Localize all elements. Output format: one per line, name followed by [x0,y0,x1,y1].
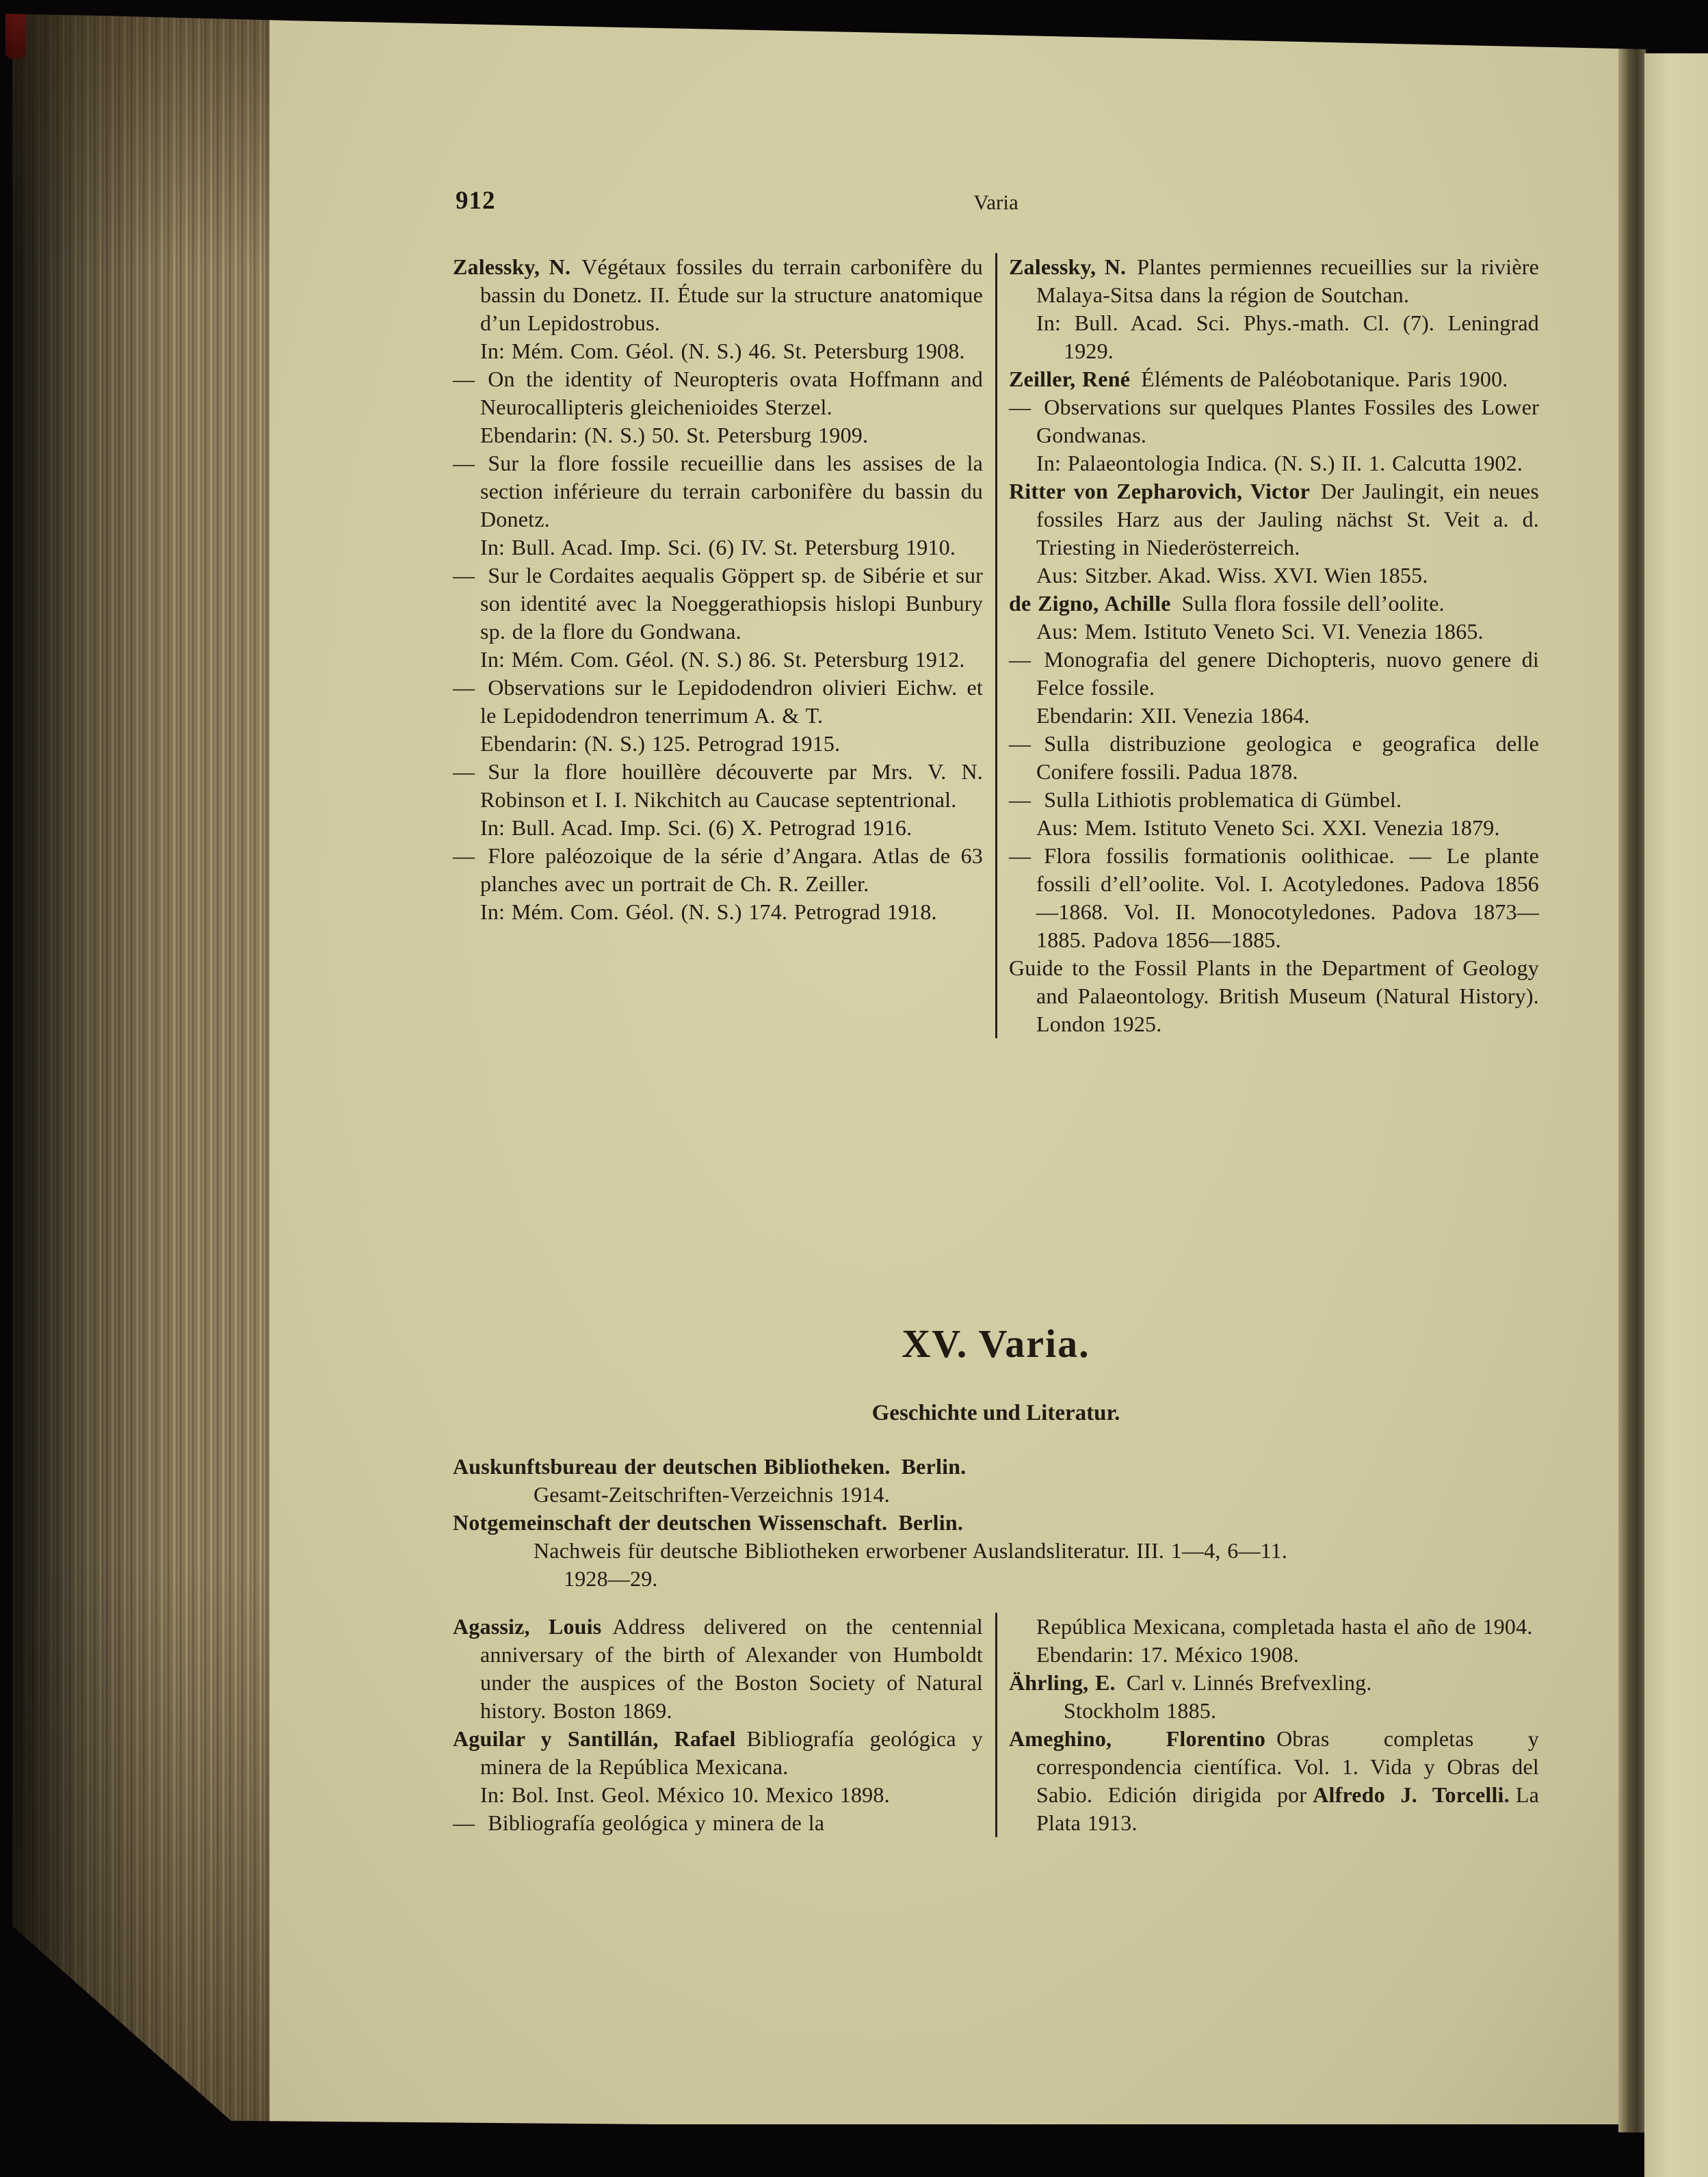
entry-title: Sulla flora fossile dell’oolite. [1182,591,1445,616]
bibliography-columns-bottom: Agassiz, LouisAddress delivered on the c… [453,1613,1539,1837]
page-stack-edge [12,14,280,2160]
bibliography-entry: —Sulla Lithiotis problematica di Gümbel.… [1009,786,1539,842]
column-left: Agassiz, LouisAddress delivered on the c… [453,1613,983,1837]
entry-ref: 1928—29. [564,1565,1547,1593]
scanned-book-photo: 912 Varia Zalessky, N.Végétaux fossiles … [0,0,1708,2177]
entry-title: Sulla distribuzione geologica e geografi… [1036,731,1539,784]
bibliography-entry: —Flora fossilis formationis oolithicae. … [1009,842,1539,954]
entry-ref: In: Bull. Acad. Imp. Sci. (6) IV. St. Pe… [480,533,983,562]
bibliography-entry: Zalessky, N.Végétaux fossiles du terrain… [453,253,983,365]
same-author-dash: — [1009,647,1031,672]
same-author-dash: — [453,843,475,868]
same-author-dash: — [453,451,475,475]
entry-author: Notgemeinschaft der deutschen Wissenscha… [453,1510,887,1535]
entry-ref: In: Mém. Com. Géol. (N. S.) 46. St. Pete… [480,337,983,365]
same-author-dash: — [453,367,475,391]
bibliography-entry: Ritter von Zepharovich, VictorDer Jaulin… [1009,477,1539,590]
entry-place: Berlin. [902,1454,967,1479]
bibliography-entry: Auskunftsbureau der deutschen Bibliothek… [453,1453,1547,1509]
entry-ref: Aus: Mem. Istituto Veneto Sci. XXI. Vene… [1036,814,1539,842]
same-author-dash: — [1009,843,1031,868]
entry-ref: Aus: Mem. Istituto Veneto Sci. VI. Venez… [1036,618,1539,646]
entry-ref: Ebendarin: (N. S.) 50. St. Petersburg 19… [480,421,983,449]
entry-ref: Aus: Sitzber. Akad. Wiss. XVI. Wien 1855… [1036,562,1539,590]
entry-ref: Ebendarin: (N. S.) 125. Petrograd 1915. [480,730,983,758]
entry-title: Sur la flore fossile recueillie dans les… [480,451,983,531]
entry-author: de Zigno, Achille [1009,591,1171,616]
entry-ref: Gesamt-Zeitschriften-Verzeichnis 1914. [534,1481,1547,1509]
bibliography-entry: —Observations sur le Lepidodendron olivi… [453,674,983,758]
entry-author: Agassiz, Louis [453,1614,601,1639]
entry-author: Auskunftsbureau der deutschen Bibliothek… [453,1454,891,1479]
entry-author: Ährling, E. [1009,1670,1116,1695]
entry-title: Sur la flore houillère découverte par Mr… [480,759,983,812]
entry-title: Carl v. Linnés Brefvexling. [1127,1670,1372,1695]
bibliography-entry: Aguilar y Santillán, RafaelBibliografía … [453,1725,983,1809]
entry-title: Guide to the Fossil Plants in the Depart… [1009,955,1539,1036]
entry-ref: Ebendarin: 17. México 1908. [1036,1641,1539,1669]
bibliography-entry: Notgemeinschaft der deutschen Wissenscha… [453,1509,1547,1593]
bibliography-entry: —Sulla distribuzione geologica e geograf… [1009,730,1539,786]
section-subheading: Geschichte und Literatur. [453,1401,1539,1426]
gutter-shadow [1618,38,1646,2177]
same-author-dash: — [1009,395,1031,419]
entry-ref: Nachweis für deutsche Bibliotheken erwor… [534,1537,1547,1565]
entry-ref: In: Palaeontologia Indica. (N. S.) II. 1… [1036,449,1539,477]
entry-ref: Ebendarin: XII. Venezia 1864. [1036,702,1539,730]
bibliography-entry: Ameghino, FlorentinoObras completas y co… [1009,1725,1539,1837]
same-author-dash: — [453,759,475,784]
bibliography-entry: de Zigno, AchilleSulla flora fossile del… [1009,590,1539,646]
entry-ref: In: Bull. Acad. Sci. Phys.-math. Cl. (7)… [1036,309,1539,365]
bibliography-entry: Guide to the Fossil Plants in the Depart… [1009,954,1539,1038]
column-divider-wrap [983,253,1009,1038]
same-author-dash: — [1009,787,1031,812]
entry-title: Observations sur le Lepidodendron olivie… [480,675,983,728]
column-right: Zalessky, N.Plantes permiennes recueilli… [1009,253,1539,1038]
entry-title: Éléments de Paléobotanique. Paris 1900. [1141,367,1508,391]
bibliography-entry: República Mexicana, completada hasta el … [1009,1613,1539,1669]
entry-title: Flore paléozoique de la série d’Angara. … [480,843,983,896]
facing-page-edge [1644,53,1708,2177]
entry-author: Zeiller, René [1009,367,1130,391]
column-left: Zalessky, N.Végétaux fossiles du terrain… [453,253,983,1038]
entry-title: Flora fossilis formationis oolithicae. —… [1036,843,1539,952]
entry-ref: In: Mém. Com. Géol. (N. S.) 174. Petrogr… [480,898,983,926]
entry-author: Aguilar y Santillán, Rafael [453,1726,736,1751]
entry-continuation: República Mexicana, completada hasta el … [1009,1613,1539,1641]
book-page: 912 Varia Zalessky, N.Végétaux fossiles … [270,18,1621,2124]
bibliography-entry: —On the identity of Neuropteris ovata Ho… [453,365,983,449]
bibliography-entry: Zalessky, N.Plantes permiennes recueilli… [1009,253,1539,365]
column-divider-wrap [983,1613,1009,1837]
bibliography-entry: —Flore paléozoique de la série d’Angara.… [453,842,983,926]
column-right: República Mexicana, completada hasta el … [1009,1613,1539,1837]
entry-author: Ritter von Zepharovich, Victor [1009,479,1310,503]
same-author-dash: — [1009,731,1031,756]
bibliography-entry: —Sur la flore fossile recueillie dans le… [453,449,983,562]
bibliography-entry: Zeiller, RenéÉléments de Paléobotanique.… [1009,365,1539,393]
entry-ref: In: Bull. Acad. Imp. Sci. (6) X. Petrogr… [480,814,983,842]
section-heading: XV. Varia. [453,1321,1539,1367]
bibliography-entry: —Sur la flore houillère découverte par M… [453,758,983,842]
entry-title: Bibliografía geológica y minera de la [488,1810,824,1835]
entry-ref: Stockholm 1885. [1064,1697,1539,1725]
entry-title: On the identity of Neuropteris ovata Hof… [480,367,983,419]
column-divider [995,1613,997,1837]
same-author-dash: — [453,675,475,700]
column-divider [995,253,997,1038]
entry-author: Zalessky, N. [1009,254,1126,279]
entry-title: Observations sur quelques Plantes Fossil… [1036,395,1539,447]
bibliography-entry: —Observations sur quelques Plantes Fossi… [1009,393,1539,477]
entry-editor: Alfredo J. Torcelli. [1313,1782,1510,1807]
entry-title: Monografia del genere Dichopteris, nuovo… [1036,647,1539,700]
bibliography-entry: Ährling, E.Carl v. Linnés Brefvexling. S… [1009,1669,1539,1725]
entry-ref: In: Mém. Com. Géol. (N. S.) 86. St. Pete… [480,646,983,674]
entry-author: Zalessky, N. [453,254,570,279]
bibliography-columns-top: Zalessky, N.Végétaux fossiles du terrain… [453,253,1539,1038]
same-author-dash: — [453,563,475,588]
bibliography-entry: —Sur le Cordaites aequalis Göppert sp. d… [453,562,983,674]
entry-author: Ameghino, Florentino [1009,1726,1265,1751]
bibliography-entry: —Monografia del genere Dichopteris, nuov… [1009,646,1539,730]
same-author-dash: — [453,1810,475,1835]
bibliography-entry: —Bibliografía geológica y minera de la [453,1809,983,1837]
entry-ref: In: Bol. Inst. Geol. México 10. Mexico 1… [480,1781,983,1809]
full-width-entries: Auskunftsbureau der deutschen Bibliothek… [453,1453,1547,1593]
bibliography-entry: Agassiz, LouisAddress delivered on the c… [453,1613,983,1725]
entry-title: Sur le Cordaites aequalis Göppert sp. de… [480,563,983,644]
running-head: Varia [453,190,1539,215]
entry-place: Berlin. [898,1510,963,1535]
entry-title: Sulla Lithiotis problematica di Gümbel. [1044,787,1402,812]
